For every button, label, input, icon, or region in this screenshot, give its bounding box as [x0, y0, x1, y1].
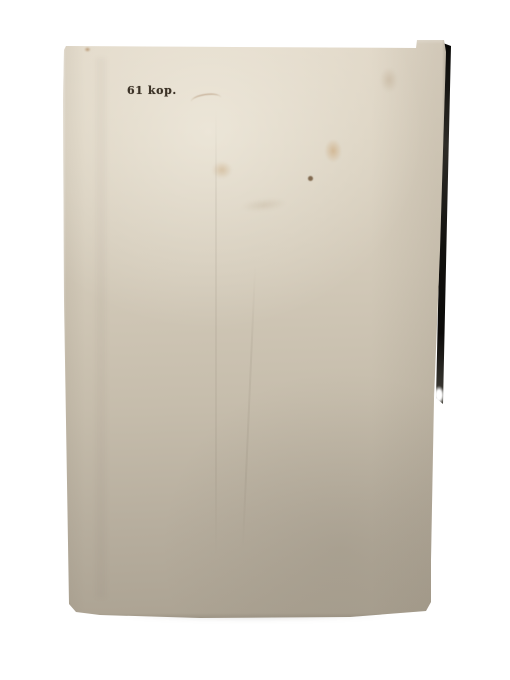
stain-smudge-top: [377, 63, 401, 97]
stain-smear-middle: [231, 193, 297, 218]
photo-background: 61 kop.: [0, 0, 510, 680]
stain-streak: [190, 92, 221, 107]
stain-right: [320, 140, 344, 176]
stain-left: [208, 158, 236, 182]
tonal-band: [96, 58, 106, 598]
book-back-cover: 61 kop.: [62, 38, 448, 620]
price-label: 61 kop.: [127, 84, 177, 97]
stain-dark-dot: [308, 176, 313, 181]
crease-diagonal: [242, 264, 256, 550]
spine-glint: [432, 383, 446, 407]
crease-vertical: [215, 108, 217, 558]
stain-corner-spot: [83, 46, 92, 53]
